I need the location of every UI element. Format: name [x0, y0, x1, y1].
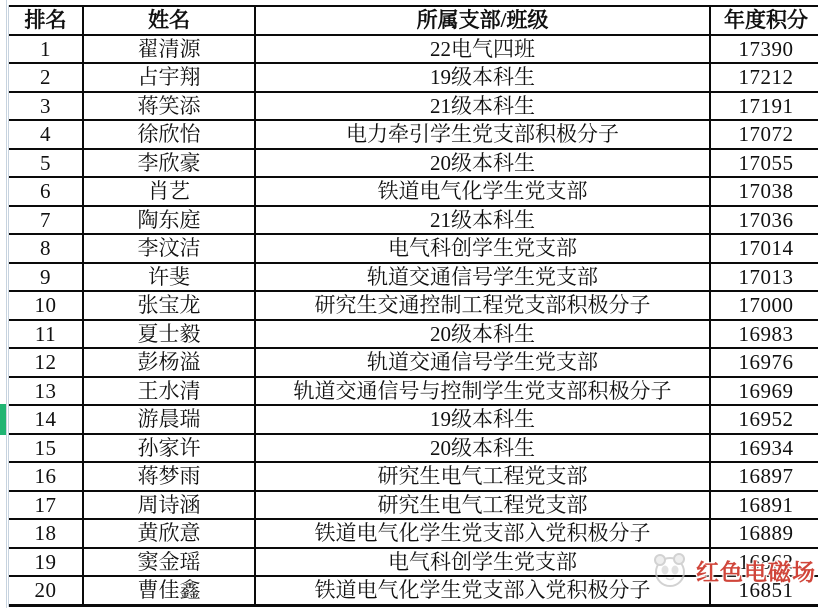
cell-points[interactable]: 16862	[711, 549, 821, 576]
cell-name[interactable]: 蒋梦雨	[84, 463, 254, 490]
cell-points[interactable]: 17390	[711, 36, 821, 63]
cell-points[interactable]: 16889	[711, 520, 821, 547]
cell-branch[interactable]: 19级本科生	[256, 406, 709, 433]
cell-name[interactable]: 彭杨溢	[84, 349, 254, 376]
cell-name[interactable]: 孙家许	[84, 435, 254, 462]
selected-row-marker	[0, 404, 6, 435]
cell-branch[interactable]: 电气科创学生党支部	[256, 235, 709, 262]
cell-points[interactable]: 16952	[711, 406, 821, 433]
cell-branch[interactable]: 21级本科生	[256, 93, 709, 120]
cell-rank[interactable]: 19	[9, 549, 82, 576]
cell-points[interactable]: 17036	[711, 207, 821, 234]
cell-branch[interactable]: 电力牵引学生党支部积极分子	[256, 121, 709, 148]
cell-name[interactable]: 翟清源	[84, 36, 254, 63]
cell-name[interactable]: 陶东庭	[84, 207, 254, 234]
spreadsheet-screenshot: 排名姓名所属支部/班级年度积分1翟清源22电气四班173902占宇翔19级本科生…	[0, 0, 827, 608]
header-points[interactable]: 年度积分	[711, 7, 821, 34]
cell-name[interactable]: 张宝龙	[84, 292, 254, 319]
cell-name[interactable]: 占宇翔	[84, 64, 254, 91]
cell-name[interactable]: 窦金瑶	[84, 549, 254, 576]
cell-rank[interactable]: 18	[9, 520, 82, 547]
cell-rank[interactable]: 12	[9, 349, 82, 376]
cell-rank[interactable]: 13	[9, 378, 82, 405]
cell-branch[interactable]: 电气科创学生党支部	[256, 549, 709, 576]
cell-name[interactable]: 王水清	[84, 378, 254, 405]
cell-branch[interactable]: 铁道电气化学生党支部入党积极分子	[256, 577, 709, 604]
cell-rank[interactable]: 6	[9, 178, 82, 205]
header-branch[interactable]: 所属支部/班级	[256, 7, 709, 34]
cell-branch[interactable]: 研究生电气工程党支部	[256, 463, 709, 490]
cell-points[interactable]: 17212	[711, 64, 821, 91]
cell-points[interactable]: 17038	[711, 178, 821, 205]
cell-branch[interactable]: 研究生电气工程党支部	[256, 492, 709, 519]
cell-branch[interactable]: 19级本科生	[256, 64, 709, 91]
cell-branch[interactable]: 轨道交通信号与控制学生党支部积极分子	[256, 378, 709, 405]
cell-branch[interactable]: 20级本科生	[256, 150, 709, 177]
cell-branch[interactable]: 22电气四班	[256, 36, 709, 63]
cell-name[interactable]: 徐欣怡	[84, 121, 254, 148]
cell-branch[interactable]: 铁道电气化学生党支部	[256, 178, 709, 205]
cell-name[interactable]: 李汶洁	[84, 235, 254, 262]
cell-points[interactable]: 17000	[711, 292, 821, 319]
cell-points[interactable]: 16983	[711, 321, 821, 348]
cell-points[interactable]: 16851	[711, 577, 821, 604]
cell-points[interactable]: 16934	[711, 435, 821, 462]
header-rank[interactable]: 排名	[9, 7, 82, 34]
cell-branch[interactable]: 轨道交通信号学生党支部	[256, 349, 709, 376]
sheet-gutter-line	[6, 0, 7, 608]
cell-name[interactable]: 曹佳鑫	[84, 577, 254, 604]
ranking-table: 排名姓名所属支部/班级年度积分1翟清源22电气四班173902占宇翔19级本科生…	[8, 5, 818, 607]
cell-name[interactable]: 蒋笑添	[84, 93, 254, 120]
cell-branch[interactable]: 研究生交通控制工程党支部积极分子	[256, 292, 709, 319]
cell-rank[interactable]: 1	[9, 36, 82, 63]
cell-name[interactable]: 肖艺	[84, 178, 254, 205]
cell-rank[interactable]: 9	[9, 264, 82, 291]
header-name[interactable]: 姓名	[84, 7, 254, 34]
cell-points[interactable]: 17055	[711, 150, 821, 177]
cell-rank[interactable]: 10	[9, 292, 82, 319]
cell-points[interactable]: 17072	[711, 121, 821, 148]
cell-name[interactable]: 夏士毅	[84, 321, 254, 348]
cell-branch[interactable]: 轨道交通信号学生党支部	[256, 264, 709, 291]
cell-branch[interactable]: 20级本科生	[256, 321, 709, 348]
cell-points[interactable]: 17191	[711, 93, 821, 120]
cell-rank[interactable]: 7	[9, 207, 82, 234]
cell-points[interactable]: 16891	[711, 492, 821, 519]
cell-name[interactable]: 许斐	[84, 264, 254, 291]
cell-points[interactable]: 16969	[711, 378, 821, 405]
cell-rank[interactable]: 2	[9, 64, 82, 91]
cell-name[interactable]: 黄欣意	[84, 520, 254, 547]
cell-rank[interactable]: 8	[9, 235, 82, 262]
cell-rank[interactable]: 14	[9, 406, 82, 433]
cell-points[interactable]: 17014	[711, 235, 821, 262]
cell-points[interactable]: 16976	[711, 349, 821, 376]
cell-rank[interactable]: 3	[9, 93, 82, 120]
cell-points[interactable]: 16897	[711, 463, 821, 490]
cell-branch[interactable]: 20级本科生	[256, 435, 709, 462]
cell-rank[interactable]: 15	[9, 435, 82, 462]
cell-name[interactable]: 游晨瑞	[84, 406, 254, 433]
cell-rank[interactable]: 11	[9, 321, 82, 348]
cell-rank[interactable]: 16	[9, 463, 82, 490]
cell-points[interactable]: 17013	[711, 264, 821, 291]
cell-branch[interactable]: 铁道电气化学生党支部入党积极分子	[256, 520, 709, 547]
cell-rank[interactable]: 20	[9, 577, 82, 604]
cell-name[interactable]: 李欣豪	[84, 150, 254, 177]
cell-rank[interactable]: 17	[9, 492, 82, 519]
cell-branch[interactable]: 21级本科生	[256, 207, 709, 234]
cell-name[interactable]: 周诗涵	[84, 492, 254, 519]
cell-rank[interactable]: 4	[9, 121, 82, 148]
cell-rank[interactable]: 5	[9, 150, 82, 177]
